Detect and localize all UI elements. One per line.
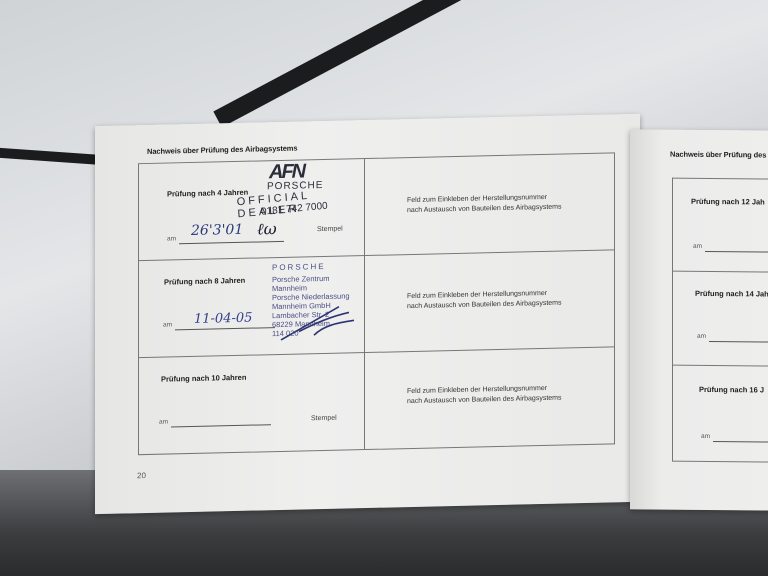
am-label: am xyxy=(163,321,172,328)
inspection-cell: Prüfung nach 4 Jahren am 26'3'01 ℓω Stem… xyxy=(139,159,365,260)
date-line xyxy=(713,441,768,443)
inspection-row-16-years: Prüfung nach 16 J am xyxy=(673,365,768,462)
page-heading: Nachweis über Prüfung des xyxy=(670,150,766,160)
row-title: Prüfung nach 10 Jahren xyxy=(161,373,246,384)
sticker-field-line: nach Austausch von Bauteilen des Airbags… xyxy=(407,394,561,408)
inspection-cell: Prüfung nach 8 Jahren am 11-04-05 PORSCH… xyxy=(139,255,365,357)
date-line xyxy=(179,241,284,244)
signature: ℓω xyxy=(257,219,277,239)
signature xyxy=(279,300,359,342)
inspection-cell: Prüfung nach 10 Jahren am Stempel xyxy=(139,352,365,454)
stempel-label: Stempel xyxy=(317,226,343,234)
row-title: Prüfung nach 14 Jah xyxy=(695,289,768,299)
right-page: Nachweis über Prüfung des Prüfung nach 1… xyxy=(630,129,768,510)
date-line xyxy=(175,327,275,330)
stamp-line: Porsche Zentrum Mannheim xyxy=(272,273,364,293)
page-number: 20 xyxy=(137,471,146,480)
inspection-row-4-years: Prüfung nach 4 Jahren am 26'3'01 ℓω Stem… xyxy=(139,153,614,261)
inspection-table: Prüfung nach 4 Jahren am 26'3'01 ℓω Stem… xyxy=(138,152,615,455)
sticker-field: Feld zum Einkleben der Herstellungsnumme… xyxy=(407,384,561,408)
date-line xyxy=(705,251,768,253)
am-label: am xyxy=(159,419,168,426)
handwritten-date: 26'3'01 xyxy=(191,222,243,239)
inspection-row-8-years: Prüfung nach 8 Jahren am 11-04-05 PORSCH… xyxy=(139,249,614,358)
row-title: Prüfung nach 16 J xyxy=(699,385,764,395)
date-line xyxy=(171,424,271,427)
row-title: Prüfung nach 12 Jah xyxy=(691,197,765,207)
inspection-row-12-years: Prüfung nach 12 Jah am xyxy=(673,179,768,273)
stamp-brand: PORSCHE xyxy=(272,262,326,272)
inspection-row-10-years: Prüfung nach 10 Jahren am Stempel Feld z… xyxy=(139,346,614,454)
am-label: am xyxy=(693,243,702,250)
inspection-row-14-years: Prüfung nach 14 Jah am xyxy=(673,271,768,367)
left-page: Nachweis über Prüfung des Airbagsystems … xyxy=(95,114,640,514)
background-edge xyxy=(213,0,486,127)
sticker-field: Feld zum Einkleben der Herstellungsnumme… xyxy=(407,193,561,217)
sticker-field-line: nach Austausch von Bauteilen des Airbags… xyxy=(407,299,561,313)
date-line xyxy=(709,341,768,343)
row-title: Prüfung nach 8 Jahren xyxy=(164,276,245,287)
sticker-field: Feld zum Einkleben der Herstellungsnumme… xyxy=(407,289,561,313)
sticker-field-line: nach Austausch von Bauteilen des Airbags… xyxy=(407,203,561,217)
handwritten-date: 11-04-05 xyxy=(194,311,252,327)
stempel-label: Stempel xyxy=(311,415,337,423)
am-label: am xyxy=(701,433,710,440)
am-label: am xyxy=(697,333,706,340)
am-label: am xyxy=(167,235,176,242)
inspection-table: Prüfung nach 12 Jah am Prüfung nach 14 J… xyxy=(672,178,768,463)
page-heading: Nachweis über Prüfung des Airbagsystems xyxy=(147,144,297,156)
